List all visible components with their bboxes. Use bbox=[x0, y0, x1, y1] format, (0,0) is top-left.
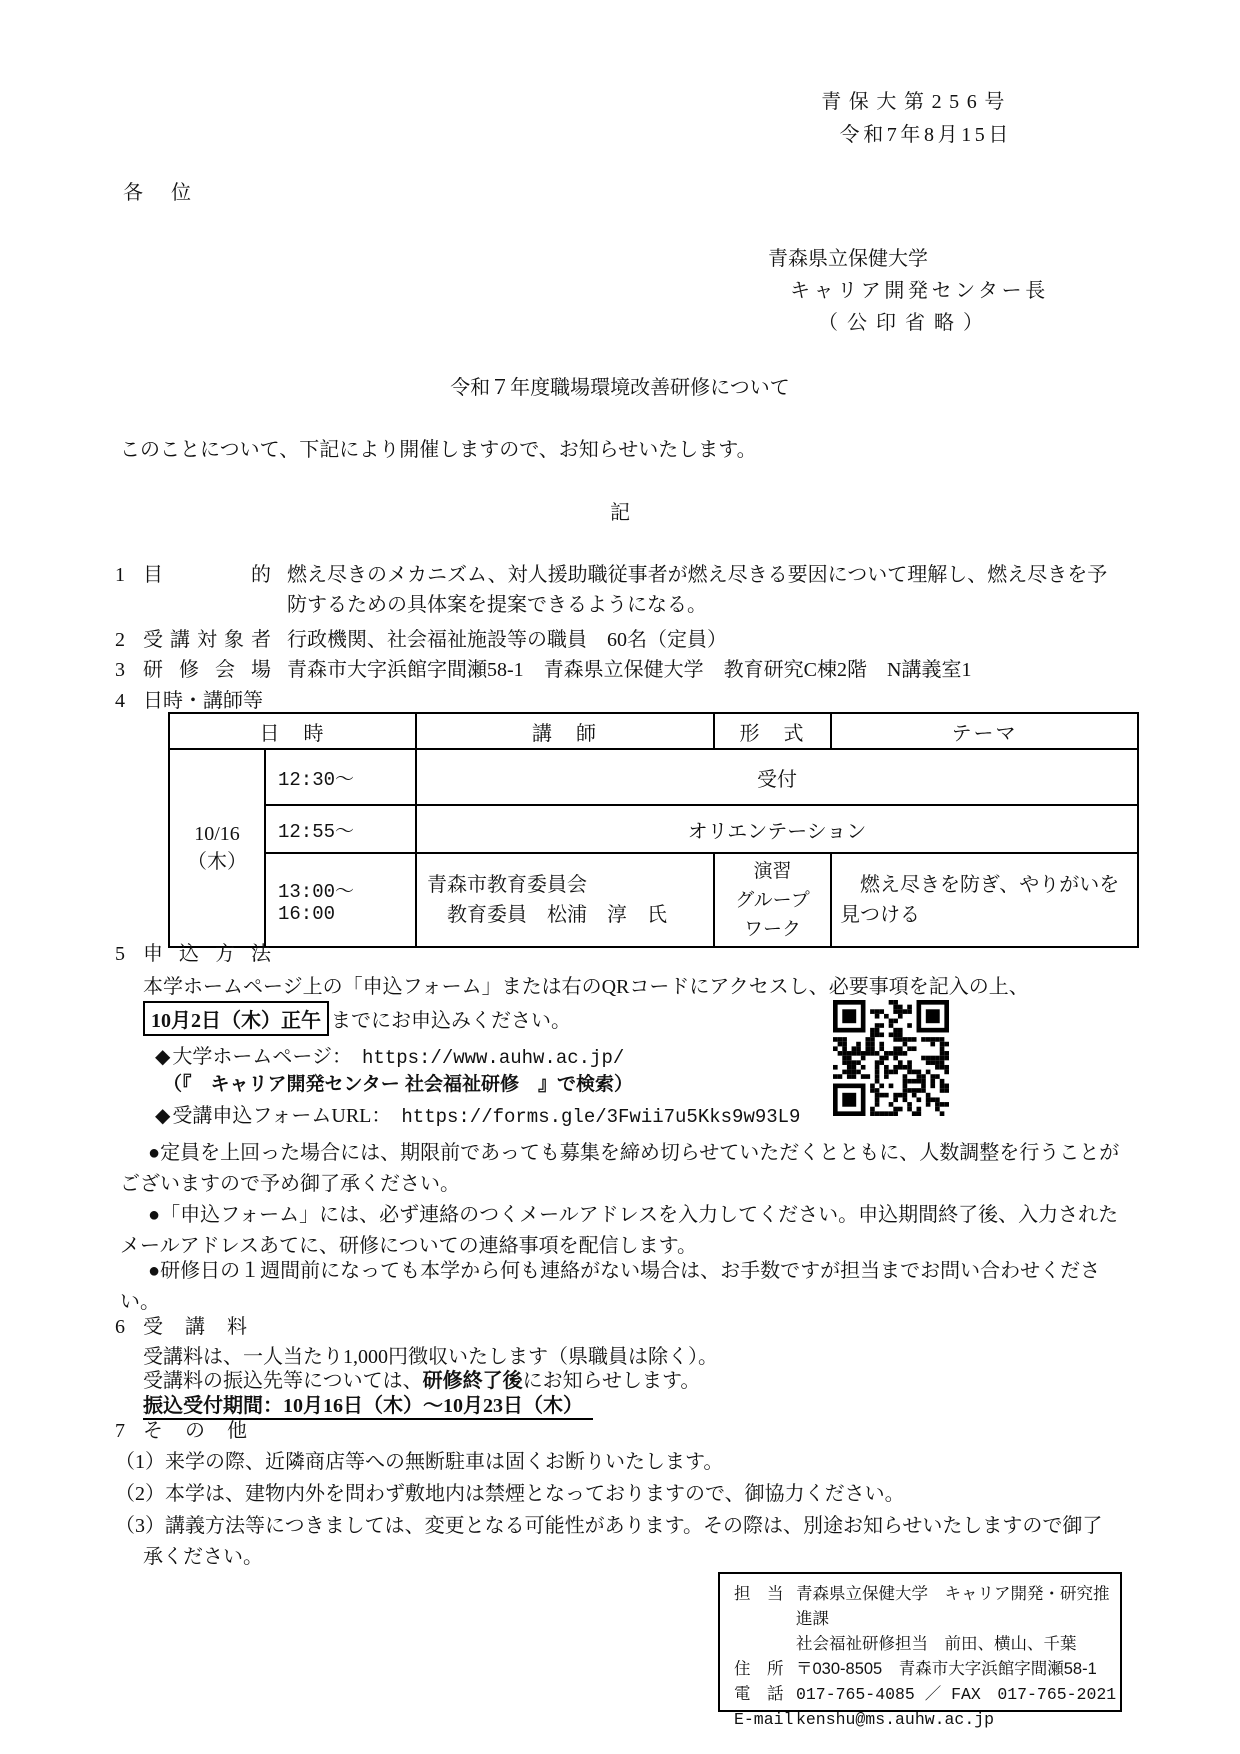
application-note: ●「申込フォーム」には、必ず連絡のつくメールアドレスを入力してください。申込期間… bbox=[120, 1200, 1128, 1262]
contact-value: 青森県立保健大学 キャリア開発・研究推進課 bbox=[796, 1582, 1120, 1632]
section-number: 3 bbox=[115, 655, 143, 685]
other-item: （2）本学は、建物内外を問わず敷地内は禁煙となっておりますので、御協力ください。 bbox=[115, 1479, 1112, 1510]
application-note: ●研修日の１週間前になっても本学から何も連絡がない場合は、お手数ですが担当までお… bbox=[120, 1256, 1128, 1318]
form-url: https://forms.gle/3Fwii7u5Kks9w93L9 bbox=[401, 1106, 800, 1128]
section-number: 2 bbox=[115, 625, 143, 655]
contact-row: E-mail kenshu@ms.auhw.ac.jp bbox=[734, 1707, 1120, 1732]
contact-label: 電 話 bbox=[734, 1682, 796, 1707]
cell-time: 12:55～ bbox=[265, 805, 416, 853]
header-format: 形 式 bbox=[714, 713, 831, 749]
contact-phone: 017-765-4085 ／ FAX 017-765-2021 bbox=[796, 1682, 1120, 1707]
section-number: 6 bbox=[115, 1312, 143, 1342]
sender-role: キャリア開発センター長 bbox=[790, 275, 1049, 307]
ki-marker: 記 bbox=[0, 496, 1240, 525]
section-text: 青森市大字浜館字間瀬58-1 青森県立保健大学 教育研究C棟2階 N講義室1 bbox=[287, 655, 1122, 685]
sender-block: 青森県立保健大学 キャリア開発センター長 （公印省略） bbox=[768, 243, 1049, 339]
header-theme: テーマ bbox=[831, 713, 1138, 749]
intro-paragraph: このことについて、下記により開催しますので、お知らせいたします。 bbox=[120, 433, 757, 462]
schedule-table: 日 時 講 師 形 式 テーマ 10/16 （木） 12:30～ 受付 12:5… bbox=[168, 712, 1139, 948]
section-number: 4 bbox=[115, 686, 143, 716]
section-label: 目的 bbox=[143, 560, 271, 620]
section-number: 1 bbox=[115, 560, 143, 620]
contact-label: E-mail bbox=[734, 1707, 796, 1732]
cell-format: 演習 グループ ワーク bbox=[714, 853, 831, 947]
contact-row: 担 当 青森県立保健大学 キャリア開発・研究推進課 bbox=[734, 1582, 1120, 1632]
recipient: 各 位 bbox=[123, 176, 195, 205]
cell-lecturer: 青森市教育委員会 教育委員 松浦 淳 氏 bbox=[416, 853, 714, 947]
section-application: 5 申込方法 bbox=[115, 939, 1122, 969]
cell-content: 受付 bbox=[416, 749, 1138, 805]
contact-row: 社会福祉研修担当 前田、横山、千葉 bbox=[734, 1632, 1120, 1657]
header-datetime: 日 時 bbox=[169, 713, 416, 749]
table-row: 10/16 （木） 12:30～ 受付 bbox=[169, 749, 1138, 805]
section-venue: 3 研修会場 青森市大字浜館字間瀬58-1 青森県立保健大学 教育研究C棟2階 … bbox=[115, 655, 1122, 685]
homepage-label: 大学ホームページ： bbox=[172, 1046, 342, 1068]
header-lecturer: 講 師 bbox=[416, 713, 714, 749]
cell-time: 13:00～16:00 bbox=[265, 853, 416, 947]
section-label: その他 bbox=[143, 1416, 247, 1446]
section-label: 申込方法 bbox=[143, 939, 271, 969]
form-label: 受講申込フォームURL： bbox=[172, 1105, 381, 1127]
deadline-box: 10月2日（木）正午 bbox=[143, 1001, 329, 1036]
document-page: 青保大第256号 令和7年8月15日 各 位 青森県立保健大学 キャリア開発セン… bbox=[0, 0, 1240, 1754]
homepage-line: ◆大学ホームページ： https://www.auhw.ac.jp/ bbox=[155, 1040, 624, 1069]
contact-row: 電 話 017-765-4085 ／ FAX 017-765-2021 bbox=[734, 1682, 1120, 1707]
page-title: 令和７年度職場環境改善研修について bbox=[0, 371, 1240, 400]
table-row: 12:55～ オリエンテーション bbox=[169, 805, 1138, 853]
deadline-suffix: までにお申込みください。 bbox=[331, 1010, 571, 1032]
other-item: （3）講義方法等につきましては、変更となる可能性があります。その際は、別途お知ら… bbox=[115, 1511, 1112, 1573]
contact-value: 〒030-8505 青森市大字浜館字間瀬58-1 bbox=[796, 1657, 1120, 1682]
other-item: （1）来学の際、近隣商店等への無断駐車は固くお断りいたします。 bbox=[115, 1447, 1112, 1478]
cell-content: オリエンテーション bbox=[416, 805, 1138, 853]
section-fee: 6 受講料 bbox=[115, 1312, 1122, 1342]
doc-date: 令和7年8月15日 bbox=[821, 119, 1012, 152]
contact-email: kenshu@ms.auhw.ac.jp bbox=[796, 1707, 1120, 1732]
transfer-period-line: 振込受付期間：10月16日（木）～10月23日（木） bbox=[143, 1389, 593, 1418]
contact-label: 担 当 bbox=[734, 1582, 796, 1632]
table-header-row: 日 時 講 師 形 式 テーマ bbox=[169, 713, 1138, 749]
cell-date: 10/16 （木） bbox=[169, 749, 265, 947]
sender-seal-note: （公印省略） bbox=[818, 307, 1049, 339]
application-line1: 本学ホームページ上の「申込フォーム」または右のQRコードにアクセスし、必要事項を… bbox=[143, 970, 1029, 999]
document-header: 青保大第256号 令和7年8月15日 bbox=[821, 86, 1012, 152]
contact-label: 住 所 bbox=[734, 1657, 796, 1682]
contact-row: 住 所 〒030-8505 青森市大字浜館字間瀬58-1 bbox=[734, 1657, 1120, 1682]
application-deadline-line: 10月2日（木）正午までにお申込みください。 bbox=[143, 1001, 571, 1036]
contact-value: 社会福祉研修担当 前田、横山、千葉 bbox=[796, 1632, 1120, 1657]
form-url-line: ◆受講申込フォームURL： https://forms.gle/3Fwii7u5… bbox=[155, 1099, 800, 1128]
section-number: 5 bbox=[115, 939, 143, 969]
doc-number: 青保大第256号 bbox=[821, 86, 1012, 119]
cell-theme: 燃え尽きを防ぎ、やりがいを見つける bbox=[831, 853, 1138, 947]
homepage-url: https://www.auhw.ac.jp/ bbox=[362, 1047, 624, 1069]
section-text: 燃え尽きのメカニズム、対人援助職従事者が燃え尽きる要因について理解し、燃え尽きを… bbox=[287, 560, 1122, 620]
sender-org: 青森県立保健大学 bbox=[768, 243, 1049, 275]
section-label: 受講料 bbox=[143, 1312, 247, 1342]
diamond-icon: ◆ bbox=[155, 1046, 170, 1068]
table-row: 13:00～16:00 青森市教育委員会 教育委員 松浦 淳 氏 演習 グループ… bbox=[169, 853, 1138, 947]
section-label: 受講対象者 bbox=[143, 625, 271, 655]
qr-code bbox=[833, 1000, 949, 1116]
contact-box: 担 当 青森県立保健大学 キャリア開発・研究推進課 社会福祉研修担当 前田、横山… bbox=[718, 1572, 1122, 1712]
section-audience: 2 受講対象者 行政機関、社会福祉施設等の職員 60名（定員） bbox=[115, 625, 1122, 655]
section-purpose: 1 目的 燃え尽きのメカニズム、対人援助職従事者が燃え尽きる要因について理解し、… bbox=[115, 560, 1122, 620]
section-number: 7 bbox=[115, 1416, 143, 1446]
section-label: 研修会場 bbox=[143, 655, 271, 685]
diamond-icon: ◆ bbox=[155, 1105, 170, 1127]
cell-time: 12:30～ bbox=[265, 749, 416, 805]
application-note: ●定員を上回った場合には、期限前であっても募集を締め切らせていただくとともに、人… bbox=[120, 1138, 1128, 1200]
section-other: 7 その他 bbox=[115, 1416, 1122, 1446]
section-text: 行政機関、社会福祉施設等の職員 60名（定員） bbox=[287, 625, 1122, 655]
search-note: （『 キャリア開発センター 社会福祉研修 』で検索） bbox=[163, 1069, 633, 1096]
contact-label bbox=[734, 1632, 796, 1657]
